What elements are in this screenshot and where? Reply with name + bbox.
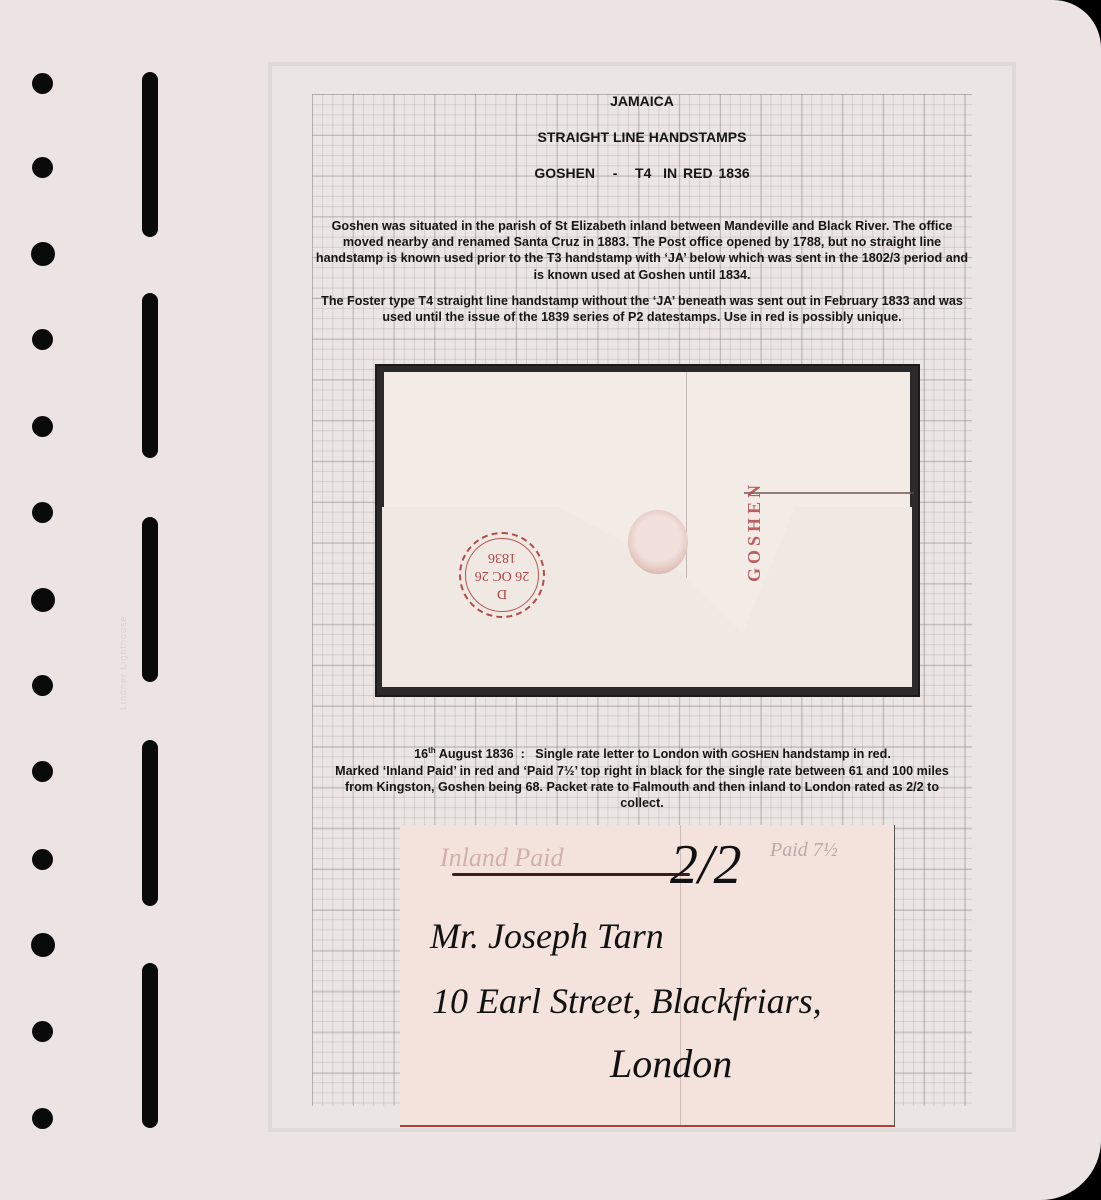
caption-handstamp-word: GOSHEN	[731, 749, 779, 761]
binder-hole	[32, 1108, 53, 1129]
inland-paid-mark: Inland Paid	[440, 843, 564, 873]
page-subtitle: STRAIGHT LINE HANDSTAMPS	[272, 129, 1012, 145]
binder-slot	[142, 72, 158, 237]
caption-day: 16	[414, 747, 428, 761]
binder-hole	[32, 675, 53, 696]
caption-text: August 1836 : Single rate letter to Lond…	[436, 747, 732, 761]
binder-slot	[142, 293, 158, 458]
cover-description: Marked ‘Inland Paid’ in red and ‘Paid 7½…	[272, 763, 1012, 812]
datestamp-date: 26 OC 26	[475, 566, 529, 584]
datestamp-inner: D 26 OC 26 1836	[465, 538, 539, 612]
charge-mark: 2/2	[670, 833, 742, 897]
binder-hole	[32, 329, 53, 350]
binder-hole	[31, 588, 55, 612]
binder-hole	[32, 761, 53, 782]
intro-paragraph: Goshen was situated in the parish of St …	[272, 218, 1012, 283]
cover-back-image: D 26 OC 26 1836 GOSHEN	[375, 364, 920, 697]
address-line: London	[610, 1040, 732, 1087]
binder-hole	[32, 1021, 53, 1042]
goshen-handstamp: GOSHEN	[744, 481, 765, 582]
caption-day-suffix: th	[428, 746, 436, 755]
address-line: Mr. Joseph Tarn	[430, 915, 664, 957]
binder-slot	[142, 740, 158, 906]
datestamp-letter: D	[497, 584, 507, 602]
datestamp-year: 1836	[488, 548, 516, 566]
cover-back-paper: D 26 OC 26 1836 GOSHEN	[384, 372, 910, 687]
paid-rate-mark: Paid 7½	[770, 839, 838, 862]
binder-hole	[31, 933, 55, 957]
caption-text-end: handstamp in red.	[779, 747, 891, 761]
address-line: 10 Earl Street, Blackfriars,	[432, 980, 822, 1022]
page-heading: GOSHEN - T4 IN RED 1836	[272, 165, 1012, 181]
cover-front-image: Inland Paid Paid 7½ 2/2 Mr. Joseph Tarn …	[400, 825, 895, 1127]
binder-hole	[31, 242, 55, 266]
london-datestamp: D 26 OC 26 1836	[459, 532, 545, 618]
page-title: JAMAICA	[272, 93, 1012, 109]
binder-slot	[142, 963, 158, 1128]
binder-hole	[32, 73, 53, 94]
album-page: Lindner Lighthouse JAMAICA STRAIGHT LINE…	[0, 0, 1101, 1200]
strike-line	[452, 873, 690, 876]
binder-hole	[32, 849, 53, 870]
flap-edge	[744, 492, 914, 494]
brand-watermark: Lindner Lighthouse	[118, 560, 158, 710]
binder-hole	[32, 416, 53, 437]
binder-hole	[32, 157, 53, 178]
intro-paragraph: The Foster type T4 straight line handsta…	[272, 293, 1012, 325]
binder-hole	[32, 502, 53, 523]
wax-seal	[628, 510, 688, 574]
